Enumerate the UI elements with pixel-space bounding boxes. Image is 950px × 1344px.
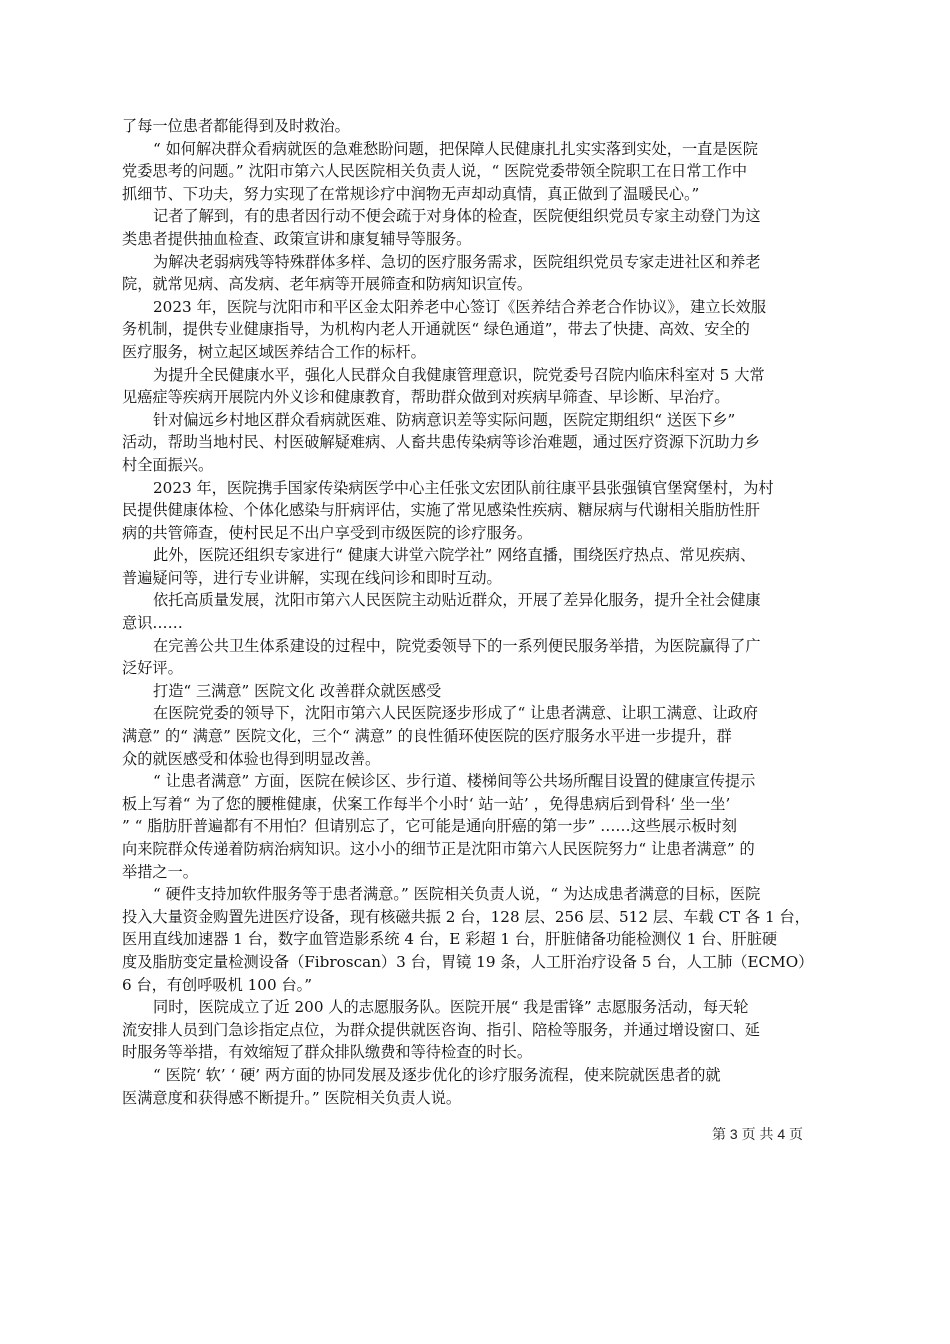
page-number-footer: 第 3 页 共 4 页 — [712, 1124, 803, 1144]
text-line: 针对偏远乡村地区群众看病就医难、防病意识差等实际问题，医院定期组织“ 送医下乡” — [122, 409, 842, 432]
paragraph: 同时，医院成立了近 200 人的志愿服务队。医院开展“ 我是雷锋” 志愿服务活动… — [122, 996, 842, 1064]
paragraph: 此外，医院还组织专家进行“ 健康大讲堂六院学社” 网络直播，围绕医疗热点、常见疾… — [122, 544, 842, 589]
text-line: “ 如何解决群众看病就医的急难愁盼问题，把保障人民健康扎扎实实落到实处，一直是医… — [122, 138, 842, 161]
paragraph: 为解决老弱病残等特殊群体多样、急切的医疗服务需求，医院组织党员专家走进社区和养老… — [122, 251, 842, 296]
text-line: 医疗服务，树立起区域医养结合工作的标杆。 — [122, 341, 842, 364]
text-line: 医满意度和获得感不断提升。” 医院相关负责人说。 — [122, 1087, 842, 1110]
paragraph: “ 如何解决群众看病就医的急难愁盼问题，把保障人民健康扎扎实实落到实处，一直是医… — [122, 138, 842, 206]
text-line: 时服务等举措，有效缩短了群众排队缴费和等待检查的时长。 — [122, 1041, 842, 1064]
text-line: 打造“ 三满意” 医院文化 改善群众就医感受 — [122, 680, 842, 703]
text-line: 病的共管筛查，使村民足不出户享受到市级医院的诊疗服务。 — [122, 522, 842, 545]
text-line: 举措之一。 — [122, 861, 842, 884]
text-line: 意识…… — [122, 612, 842, 635]
text-line: 为解决老弱病残等特殊群体多样、急切的医疗服务需求，医院组织党员专家走进社区和养老 — [122, 251, 842, 274]
paragraph: “ 让患者满意” 方面，医院在候诊区、步行道、楼梯间等公共场所醒目设置的健康宣传… — [122, 770, 842, 883]
text-line: 村全面振兴。 — [122, 454, 842, 477]
text-line: 向来院群众传递着防病治病知识。这小小的细节正是沈阳市第六人民医院努力“ 让患者满… — [122, 838, 842, 861]
text-line: 民提供健康体检、个体化感染与肝病评估，实施了常见感染性疾病、糖尿病与代谢相关脂肪… — [122, 499, 842, 522]
text-line: “ 让患者满意” 方面，医院在候诊区、步行道、楼梯间等公共场所醒目设置的健康宣传… — [122, 770, 842, 793]
text-line: 2023 年，医院与沈阳市和平区金太阳养老中心签订《医养结合养老合作协议》，建立… — [122, 296, 842, 319]
document-page: 了每一位患者都能得到及时救治。“ 如何解决群众看病就医的急难愁盼问题，把保障人民… — [122, 115, 842, 1109]
paragraph: 了每一位患者都能得到及时救治。 — [122, 115, 842, 138]
text-line: 泛好评。 — [122, 657, 842, 680]
text-line: 在医院党委的领导下，沈阳市第六人民医院逐步形成了“ 让患者满意、让职工满意、让政… — [122, 702, 842, 725]
text-line: 6 台，有创呼吸机 100 台。” — [122, 974, 842, 997]
text-line: 满意” 的“ 满意” 医院文化，三个“ 满意” 的良性循环使医院的医疗服务水平进… — [122, 725, 842, 748]
text-line: 此外，医院还组织专家进行“ 健康大讲堂六院学社” 网络直播，围绕医疗热点、常见疾… — [122, 544, 842, 567]
paragraph: 依托高质量发展，沈阳市第六人民医院主动贴近群众，开展了差异化服务，提升全社会健康… — [122, 589, 842, 634]
text-line: 度及脂肪变定量检测设备（Fibroscan）3 台，胃镜 19 条，人工肝治疗设… — [122, 951, 842, 974]
text-line: “ 硬件支持加软件服务等于患者满意。” 医院相关负责人说，“ 为达成患者满意的目… — [122, 883, 842, 906]
text-line: 在完善公共卫生体系建设的过程中，院党委领导下的一系列便民服务举措，为医院赢得了广 — [122, 635, 842, 658]
paragraph: 为提升全民健康水平，强化人民群众自我健康管理意识，院党委号召院内临床科室对 5 … — [122, 364, 842, 409]
paragraph: 2023 年，医院携手国家传染病医学中心主任张文宏团队前往康平县张强镇官堡窝堡村… — [122, 477, 842, 545]
paragraph: “ 医院‘ 软’ ‘ 硬’ 两方面的协同发展及逐步优化的诊疗服务流程，使来院就医… — [122, 1064, 842, 1109]
text-line: 记者了解到，有的患者因行动不便会疏于对身体的检查，医院便组织党员专家主动登门为这 — [122, 205, 842, 228]
paragraph: 2023 年，医院与沈阳市和平区金太阳养老中心签订《医养结合养老合作协议》，建立… — [122, 296, 842, 364]
text-line: 2023 年，医院携手国家传染病医学中心主任张文宏团队前往康平县张强镇官堡窝堡村… — [122, 477, 842, 500]
text-line: 活动，帮助当地村民、村医破解疑难病、人畜共患传染病等诊治难题，通过医疗资源下沉助… — [122, 431, 842, 454]
text-line: 类患者提供抽血检查、政策宣讲和康复辅导等服务。 — [122, 228, 842, 251]
text-line: 抓细节、下功夫，努力实现了在常规诊疗中润物无声却动真情，真正做到了温暖民心。” — [122, 183, 842, 206]
text-line: 务机制，提供专业健康指导，为机构内老人开通就医“ 绿色通道”，带去了快捷、高效、… — [122, 318, 842, 341]
paragraph: 记者了解到，有的患者因行动不便会疏于对身体的检查，医院便组织党员专家主动登门为这… — [122, 205, 842, 250]
text-line: 党委思考的问题。” 沈阳市第六人民医院相关负责人说，“ 医院党委带领全院职工在日… — [122, 160, 842, 183]
paragraph: 在医院党委的领导下，沈阳市第六人民医院逐步形成了“ 让患者满意、让职工满意、让政… — [122, 702, 842, 770]
text-line: 普遍疑问等，进行专业讲解，实现在线问诊和即时互动。 — [122, 567, 842, 590]
text-line: “ 医院‘ 软’ ‘ 硬’ 两方面的协同发展及逐步优化的诊疗服务流程，使来院就医… — [122, 1064, 842, 1087]
paragraph: “ 硬件支持加软件服务等于患者满意。” 医院相关负责人说，“ 为达成患者满意的目… — [122, 883, 842, 996]
paragraph: 在完善公共卫生体系建设的过程中，院党委领导下的一系列便民服务举措，为医院赢得了广… — [122, 635, 842, 680]
text-line: 板上写着“ 为了您的腰椎健康，伏案工作每半个小时‘ 站一站’ ，免得患病后到骨科… — [122, 793, 842, 816]
text-line: 依托高质量发展，沈阳市第六人民医院主动贴近群众，开展了差异化服务，提升全社会健康 — [122, 589, 842, 612]
text-line: 医用直线加速器 1 台，数字血管造影系统 4 台，E 彩超 1 台，肝脏储备功能… — [122, 928, 842, 951]
text-line: ” “ 脂肪肝普遍都有不用怕？但请别忘了，它可能是通向肝癌的第一步” ……这些展… — [122, 815, 842, 838]
paragraph: 打造“ 三满意” 医院文化 改善群众就医感受 — [122, 680, 842, 703]
paragraph: 针对偏远乡村地区群众看病就医难、防病意识差等实际问题，医院定期组织“ 送医下乡”… — [122, 409, 842, 477]
text-line: 流安排人员到门急诊指定点位，为群众提供就医咨询、指引、陪检等服务，并通过增设窗口… — [122, 1019, 842, 1042]
text-line: 为提升全民健康水平，强化人民群众自我健康管理意识，院党委号召院内临床科室对 5 … — [122, 364, 842, 387]
text-line: 了每一位患者都能得到及时救治。 — [122, 115, 842, 138]
text-line: 院，就常见病、高发病、老年病等开展筛查和防病知识宣传。 — [122, 273, 842, 296]
text-line: 众的就医感受和体验也得到明显改善。 — [122, 748, 842, 771]
text-line: 见癌症等疾病开展院内外义诊和健康教育，帮助群众做到对疾病早筛查、早诊断、早治疗。 — [122, 386, 842, 409]
text-line: 投入大量资金购置先进医疗设备，现有核磁共振 2 台，128 层、256 层、51… — [122, 906, 842, 929]
text-line: 同时，医院成立了近 200 人的志愿服务队。医院开展“ 我是雷锋” 志愿服务活动… — [122, 996, 842, 1019]
